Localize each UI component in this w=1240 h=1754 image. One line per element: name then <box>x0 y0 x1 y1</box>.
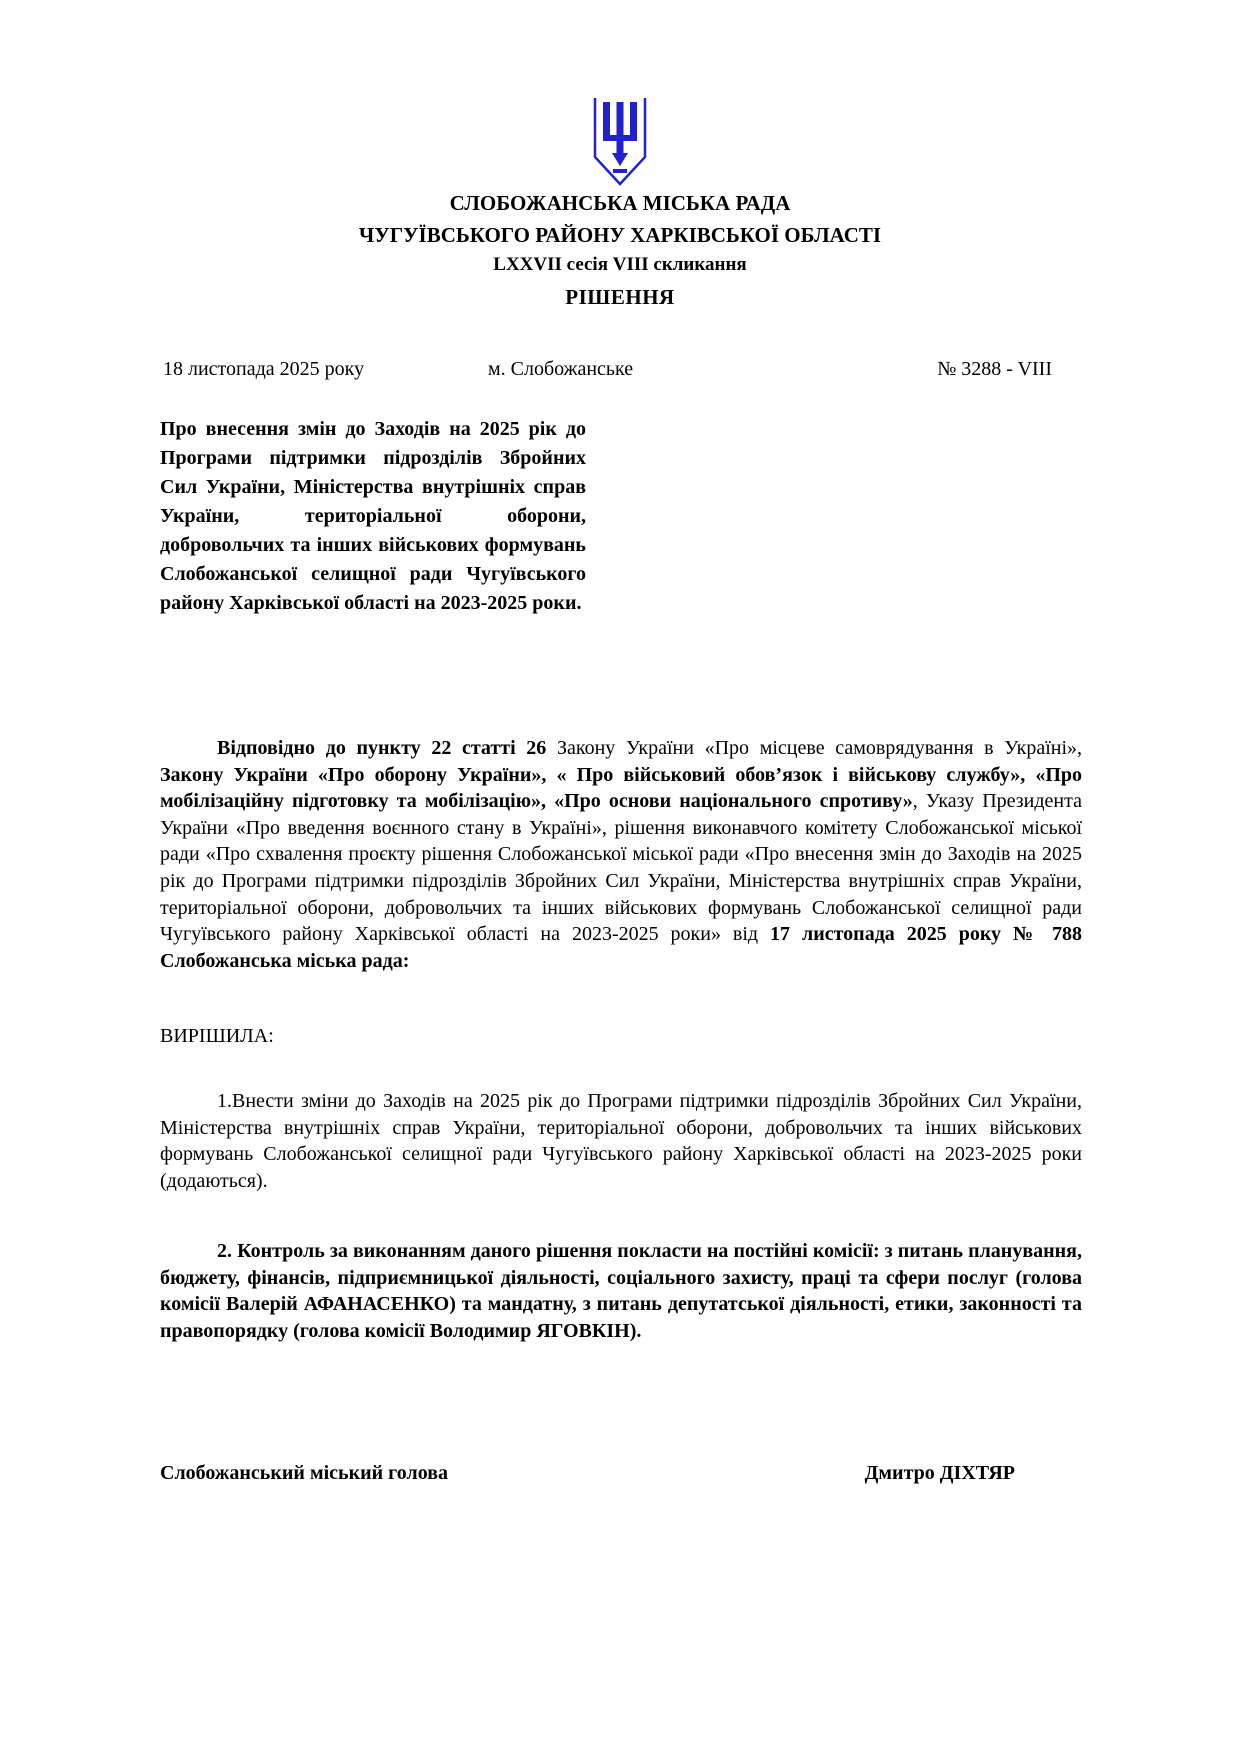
document-number: № 3288 - VIII <box>937 358 1052 381</box>
preamble-regular-2: , Указу Президента України «Про введення… <box>160 790 1082 945</box>
decision-item-2: 2. Контроль за виконанням даного рішення… <box>160 1238 1082 1344</box>
preamble-bold-intro: Відповідно до пункту 22 статті 26 <box>217 737 557 759</box>
document-place: м. Слобожанське <box>488 358 633 381</box>
decision-word: ВИРІШИЛА: <box>160 1025 274 1048</box>
document-date: 18 листопада 2025 року <box>163 358 364 381</box>
preamble-regular-1: Закону України «Про місцеве самоврядуван… <box>557 737 1082 759</box>
document-type: РІШЕННЯ <box>0 285 1240 310</box>
session-line: LXXVII сесія VIII скликання <box>0 254 1240 276</box>
signature-name: Дмитро ДІХТЯР <box>865 1462 1015 1485</box>
org-name-line1: СЛОБОЖАНСЬКА МІСЬКА РАДА <box>0 188 1240 218</box>
subject-paragraph: Про внесення змін до Заходів на 2025 рік… <box>160 415 586 618</box>
signature-title: Слобожанський міський голова <box>160 1462 448 1485</box>
ukraine-trident-icon <box>591 97 649 192</box>
org-name-line2: ЧУГУЇВСЬКОГО РАЙОНУ ХАРКІВСЬКОЇ ОБЛАСТІ <box>0 220 1240 250</box>
preamble-paragraph: Відповідно до пункту 22 статті 26 Закону… <box>160 735 1082 974</box>
decision-document-page: СЛОБОЖАНСЬКА МІСЬКА РАДА ЧУГУЇВСЬКОГО РА… <box>0 0 1240 1754</box>
decision-item-1: 1.Внести зміни до Заходів на 2025 рік до… <box>160 1088 1082 1194</box>
